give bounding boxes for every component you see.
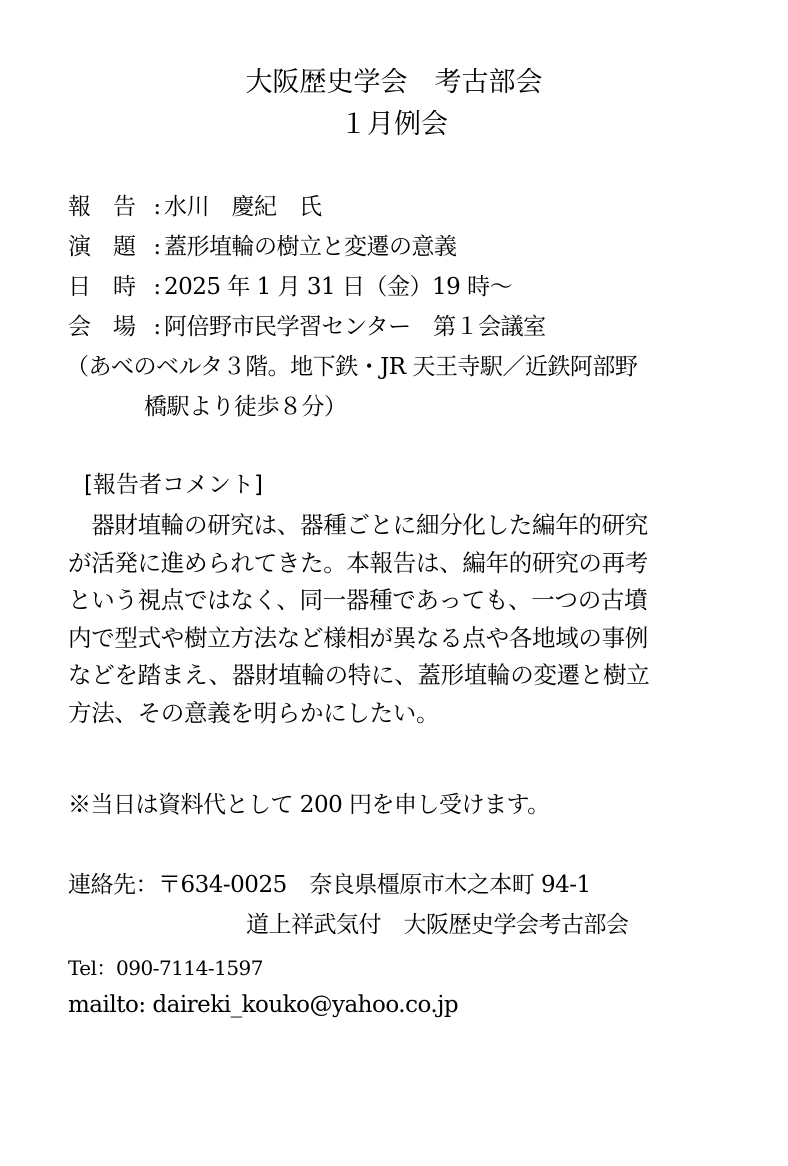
colon: : [150,232,164,262]
datetime-label: 日 時 [68,272,150,302]
contact-address: 連絡先：〒634-0025 奈良県橿原市木之本町 94-1 [68,870,591,900]
reporter-value: 水川 慶紀 氏 [164,194,322,220]
venue-row: 会 場:阿倍野市民学習センター 第１会議室 [68,312,546,342]
contact-tel: Tel：090-7114-1597 [68,953,263,983]
topic-label: 演 題 [68,232,150,262]
comment-line: が活発に進められてきた。本報告は、編年的研究の再考 [68,545,718,583]
colon: : [150,272,164,302]
datetime-row: 日 時:2025 年 1 月 31 日（金）19 時～ [68,272,512,302]
venue-value: 阿倍野市民学習センター 第１会議室 [164,314,546,340]
page-subtitle: １月例会 [0,108,788,142]
colon: : [150,192,164,222]
contact-email-link[interactable]: mailto: daireki_kouko@yahoo.co.jp [68,990,458,1020]
comment-body: 器財埴輪の研究は、器種ごとに細分化した編年的研究 が活発に進められてきた。本報告… [68,507,718,732]
comment-line: 内で型式や樹立方法など様相が異なる点や各地域の事例 [68,620,718,658]
comment-line: などを踏まえ、器財埴輪の特に、蓋形埴輪の変遷と樹立 [68,657,718,695]
fee-note: ※当日は資料代として 200 円を申し受けます。 [68,790,550,820]
datetime-value: 2025 年 1 月 31 日（金）19 時～ [164,274,512,300]
comment-heading: [報告者コメント] [84,470,263,500]
comment-line: という視点ではなく、同一器種であっても、一つの古墳 [68,582,718,620]
topic-value: 蓋形埴輪の樹立と変遷の意義 [164,234,457,260]
venue-label: 会 場 [68,312,150,342]
reporter-row: 報 告:水川 慶紀 氏 [68,192,322,222]
colon: : [150,312,164,342]
venue-note-line1: （あべのベルタ３階。地下鉄・JR 天王寺駅／近鉄阿部野 [66,352,637,382]
contact-organization: 道上祥武気付 大阪歴史学会考古部会 [246,910,629,940]
page-title: 大阪歴史学会 考古部会 [0,66,788,100]
comment-line: 方法、その意義を明らかにしたい。 [68,695,718,733]
venue-note-line2: 橋駅より徒歩８分） [144,392,347,422]
comment-line: 器財埴輪の研究は、器種ごとに細分化した編年的研究 [68,507,718,545]
reporter-label: 報 告 [68,192,150,222]
topic-row: 演 題:蓋形埴輪の樹立と変遷の意義 [68,232,457,262]
